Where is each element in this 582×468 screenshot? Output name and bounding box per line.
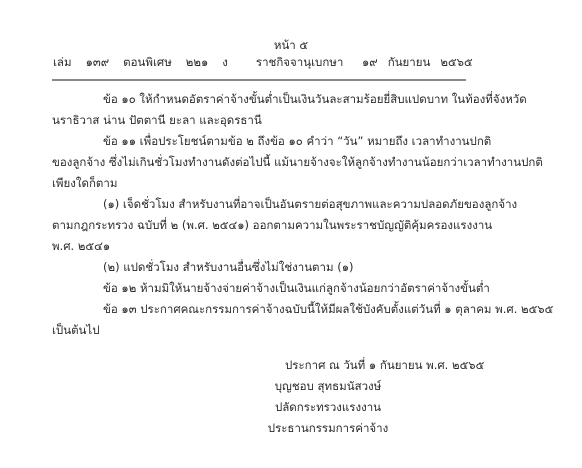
section-number: ๒๒๑: [186, 54, 208, 72]
item-2-line: (๒) แปดชั่วโมง สำหรับงานอื่นซึ่งไม่ใช่งา…: [103, 259, 354, 277]
announcement-date: ประกาศ ณ วันที่ ๑ กันยายน พ.ศ. ๒๕๖๕: [285, 357, 484, 375]
clause-11-line-2: ของลูกจ้าง ซึ่งไม่เกินชั่วโมงทำงานดังต่อ…: [52, 154, 543, 172]
signatory-position: ปลัดกระทรวงแรงงาน: [37, 399, 582, 417]
date-day: ๑๙: [362, 54, 378, 72]
signatory-role: ประธานกรรมการค่าจ้าง: [37, 420, 582, 438]
clause-11-line-3: เพียงใดก็ตาม: [52, 175, 117, 193]
date-year: ๒๕๖๕: [440, 54, 472, 72]
page-number: หน้า ๕: [0, 37, 582, 55]
item-1-line-2: ตามกฎกระทรวง ฉบับที่ ๒ (พ.ศ. ๒๕๔๑) ออกตา…: [52, 217, 492, 235]
clause-11-line-1: ข้อ ๑๑ เพื่อประโยชน์ตามข้อ ๒ ถึงข้อ ๑๐ ค…: [103, 133, 491, 151]
clause-10-line-2: นราธิวาส น่าน ปัตตานี ยะลา และอุดรธานี: [52, 112, 262, 130]
clause-10-line-1: ข้อ ๑๐ ให้กำหนดอัตราค่าจ้างขั้นต่ำเป็นเง…: [103, 91, 527, 109]
volume-number: ๑๓๙: [86, 54, 110, 72]
section-type: ง: [222, 54, 228, 72]
header-divider: [52, 79, 466, 81]
item-1-line-3: พ.ศ. ๒๕๔๑: [52, 238, 110, 256]
signatory-name: บุญชอบ สุทธมนัสวงษ์: [37, 378, 582, 396]
clause-13-line-1: ข้อ ๑๓ ประกาศคณะกรรมการค่าจ้างฉบับนี้ให้…: [103, 301, 553, 319]
clause-13-line-2: เป็นต้นไป: [52, 322, 100, 340]
gazette-date: ๑๙ กันยายน ๒๕๖๕: [352, 54, 473, 72]
publication-name: ราชกิจจานุเบกษา: [256, 54, 343, 72]
section-label: ตอนพิเศษ: [123, 54, 172, 72]
item-1-line-1: (๑) เจ็ดชั่วโมง สำหรับงานที่อาจเป็นอันตร…: [103, 196, 517, 214]
date-month: กันยายน: [388, 54, 431, 72]
clause-12-line: ข้อ ๑๒ ห้ามมิให้นายจ้างจ่ายค่าจ้างเป็นเง…: [103, 280, 490, 298]
volume-label: เล่ม: [53, 54, 72, 72]
